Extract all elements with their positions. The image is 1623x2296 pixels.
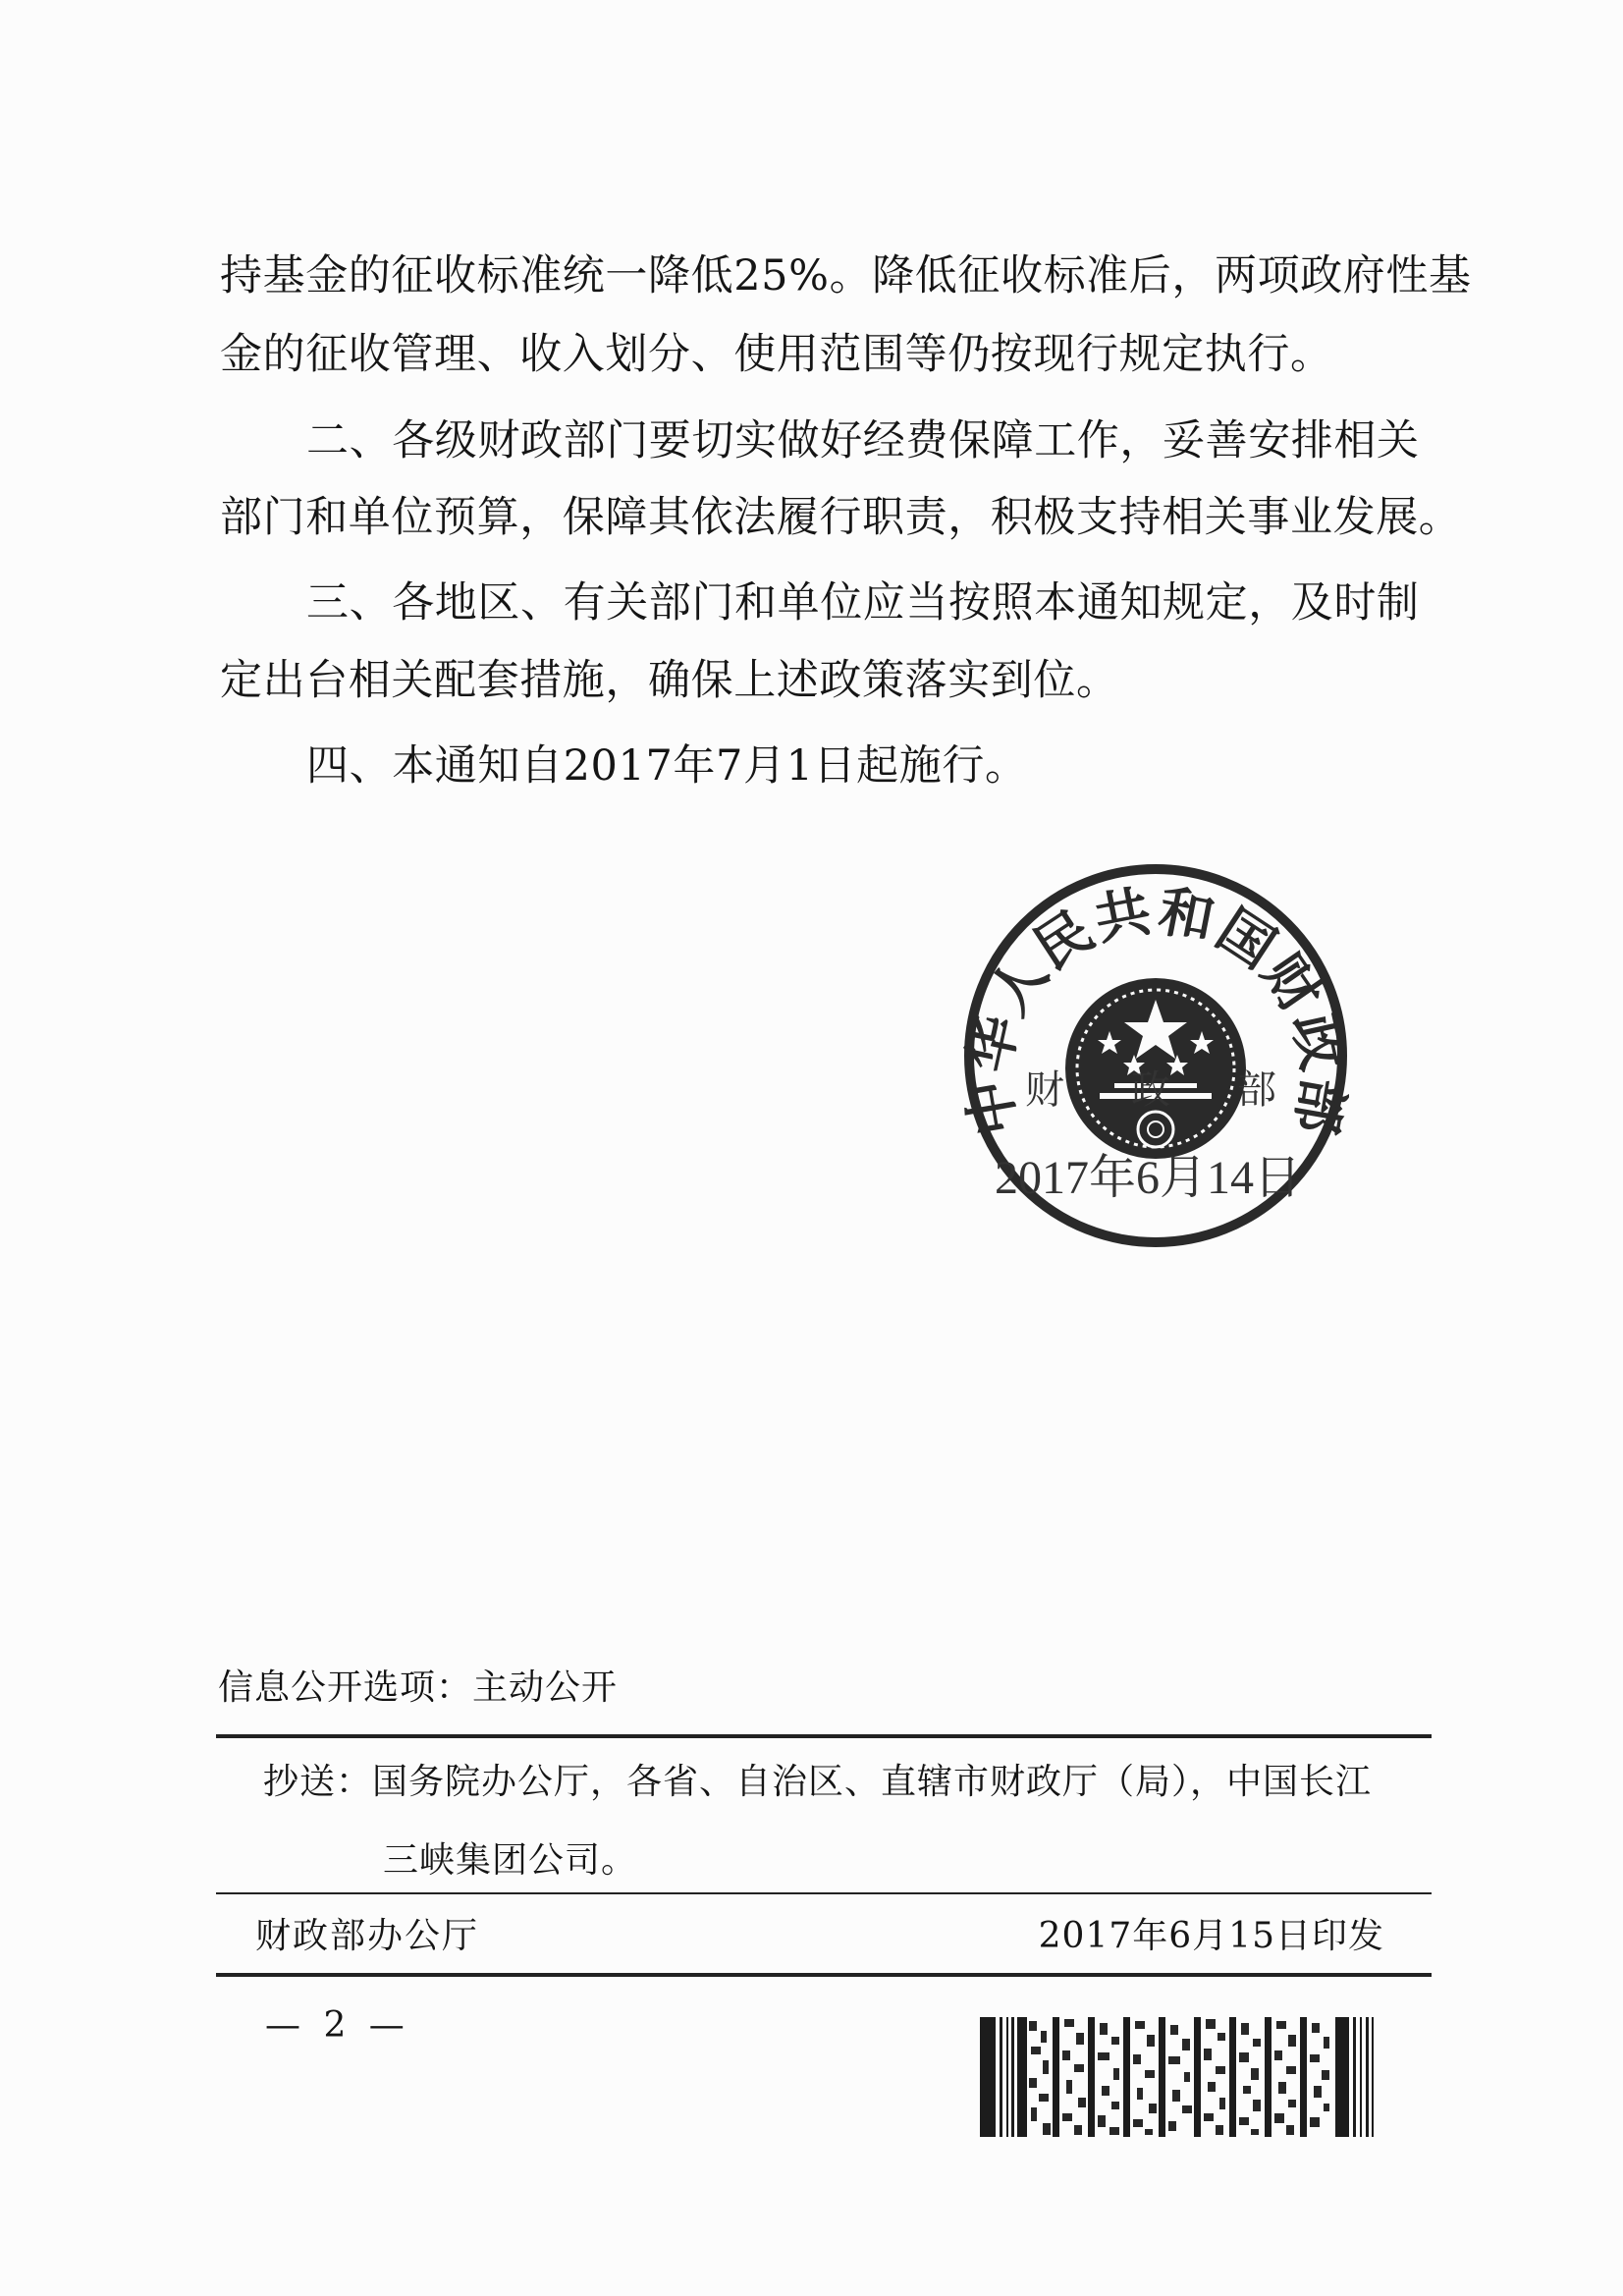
divider-bottom	[216, 1973, 1432, 1977]
official-seal: 中华人民共和国财政部 财 政 部 2017年6月14日	[962, 862, 1349, 1249]
pdf417-barcode	[980, 2017, 1375, 2137]
paragraph-3-line-1: 三、各地区、有关部门和单位应当按照本通知规定，及时制	[220, 578, 1437, 628]
cc-line-1: 抄送：国务院办公厅，各省、自治区、直辖市财政厅（局），中国长江	[263, 1760, 1372, 1805]
paragraph-4-line-1: 四、本通知自2017年7月1日起施行。	[220, 741, 1437, 791]
body-line-1: 持基金的征收标准统一降低25%。降低征收标准后，两项政府性基	[220, 251, 1437, 301]
cc-line-2: 三峡集团公司。	[383, 1838, 637, 1884]
disclosure-option: 信息公开选项：主动公开	[218, 1666, 618, 1711]
printing-office: 财政部办公厅	[255, 1914, 479, 1959]
document-page: 持基金的征收标准统一降低25%。降低征收标准后，两项政府性基 金的征收管理、收入…	[0, 0, 1623, 2296]
body-line-2: 金的征收管理、收入划分、使用范围等仍按现行规定执行。	[220, 330, 1437, 379]
signature-issuer: 财 政 部	[1025, 1059, 1290, 1115]
barcode-icon	[980, 2017, 1375, 2137]
divider-middle	[216, 1892, 1432, 1894]
paragraph-2-line-1: 二、各级财政部门要切实做好经费保障工作，妥善安排相关	[220, 416, 1437, 465]
paragraph-3-line-2: 定出台相关配套措施，确保上述政策落实到位。	[220, 656, 1437, 705]
paragraph-2-line-2: 部门和单位预算，保障其依法履行职责，积极支持相关事业发展。	[220, 493, 1437, 542]
print-date: 2017年6月15日印发	[1039, 1914, 1384, 1959]
divider-top	[216, 1734, 1432, 1738]
signature-date: 2017年6月14日	[995, 1139, 1301, 1207]
page-number: — 2 —	[265, 2003, 410, 2049]
